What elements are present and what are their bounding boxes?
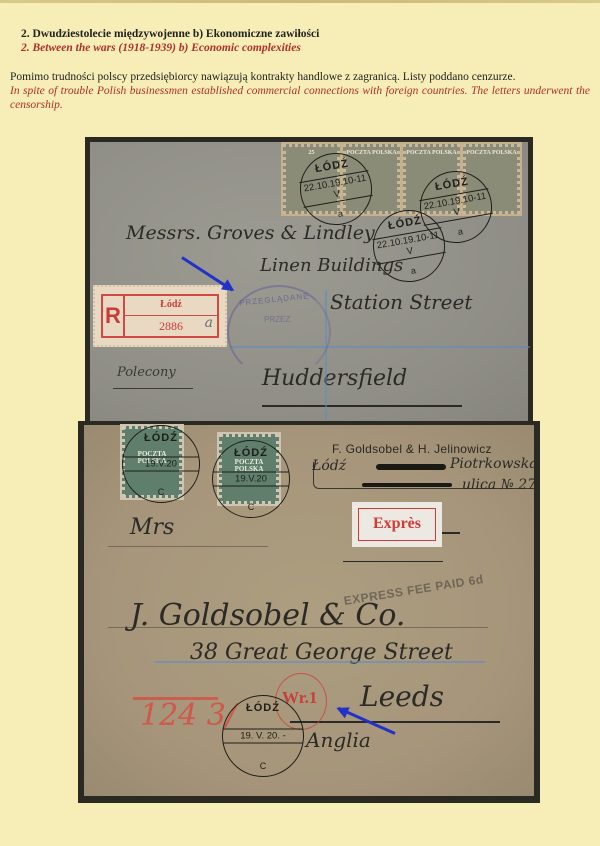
- registration-number: 2886: [125, 319, 217, 334]
- censor-mark: PRZEGLĄDANE PRZEZ: [227, 285, 331, 379]
- registration-city: Łódź: [125, 299, 217, 310]
- blue-pencil-vertical: [325, 290, 327, 420]
- address-1-line-3: Station Street: [330, 290, 472, 314]
- blue-pencil-line: [155, 661, 485, 663]
- section-title-polish: 2. Dwudziestolecie międzywojenne b) Ekon…: [21, 27, 319, 41]
- description-polish: Pomimo trudności polscy przedsiębiorcy n…: [10, 71, 590, 85]
- address-1-line-1: Messrs. Groves & Lindley: [126, 222, 375, 244]
- red-pencil-line: [133, 697, 218, 700]
- redaction-bar-2: [362, 483, 452, 487]
- redaction-bar-1: [376, 464, 446, 470]
- page-top-edge: [0, 0, 600, 3]
- letterhead-company: F. Goldsobel & H. Jelinowicz: [332, 442, 492, 456]
- registration-handwritten-mark: a: [205, 315, 213, 331]
- address-2-line-4: Anglia: [306, 728, 371, 752]
- red-pencil-note: 124 3/: [140, 698, 236, 733]
- section-title-english: 2. Between the wars (1918-1939) b) Econo…: [21, 41, 301, 55]
- postmark-lodz-c-2: ŁÓDŹ 19.V.20 C: [212, 440, 290, 518]
- postmark-lodz-c-1: ŁÓDŹ 19.V.20 C: [122, 425, 200, 503]
- polecony-note: Polecony: [117, 365, 176, 380]
- postmark-lodz-c-3: ŁÓDŹ 19. V. 20. - C: [222, 695, 304, 777]
- express-label: Exprès: [352, 502, 442, 547]
- description-english: In spite of trouble Polish businessmen e…: [10, 85, 590, 112]
- city-underline: [262, 405, 462, 407]
- letterhead-street: Piotrkowska: [450, 456, 538, 472]
- registration-label: R Łódź 2886 a: [93, 285, 227, 347]
- address-2-line-3: Leeds: [360, 680, 444, 713]
- letterhead-number: ulica № 27: [462, 477, 536, 493]
- address-2-salutation: Mrs: [130, 515, 174, 540]
- address-1-line-2: Linen Buildings: [260, 255, 403, 276]
- letterhead-city: Łódź: [312, 458, 346, 474]
- registration-letter: R: [103, 296, 125, 336]
